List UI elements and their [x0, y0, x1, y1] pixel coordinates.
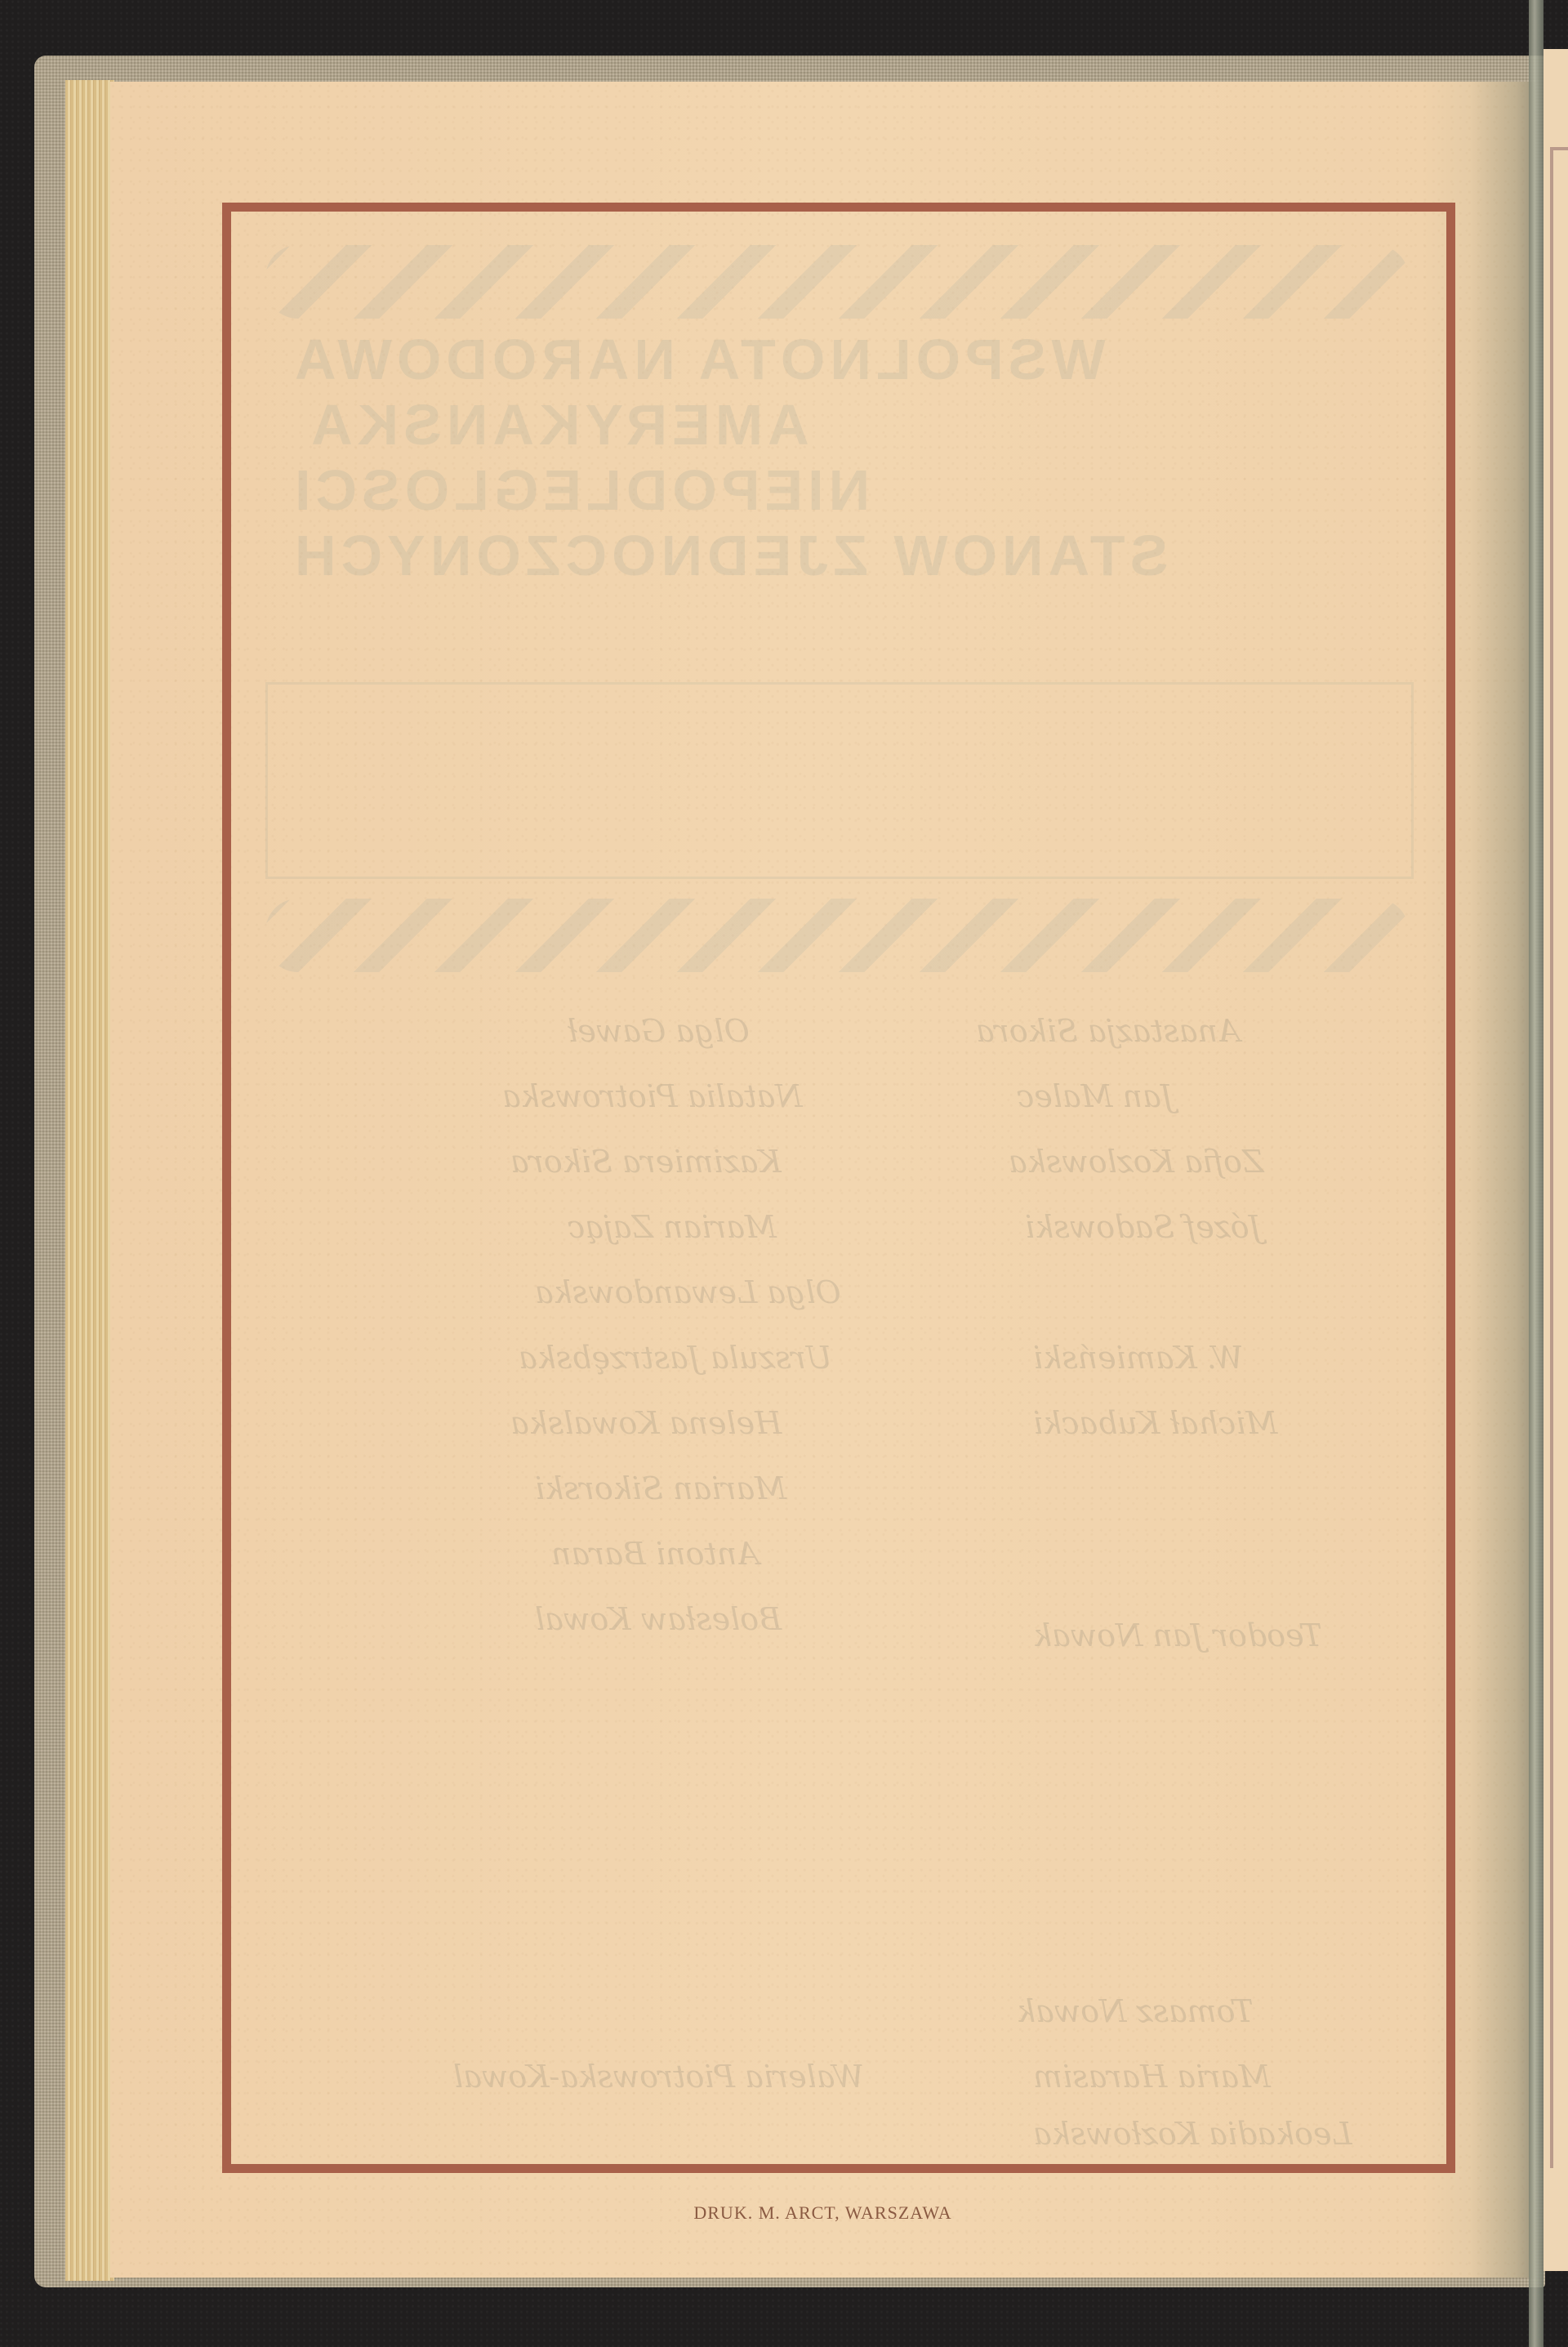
book-page: WSPOLNOTA NARODOWA AMERYKANSKA NIEPODLEG…: [110, 82, 1535, 2278]
facing-page-frame: [1550, 147, 1568, 2168]
decorative-frame: [222, 203, 1455, 2173]
page-edges: [65, 80, 114, 2281]
facing-page-sliver: [1543, 49, 1568, 2271]
glass-weight-rod: [1529, 0, 1543, 2347]
printer-imprint: DRUK. M. ARCT, WARSZAWA: [110, 2202, 1535, 2224]
gutter-shadow: [1470, 82, 1535, 2278]
